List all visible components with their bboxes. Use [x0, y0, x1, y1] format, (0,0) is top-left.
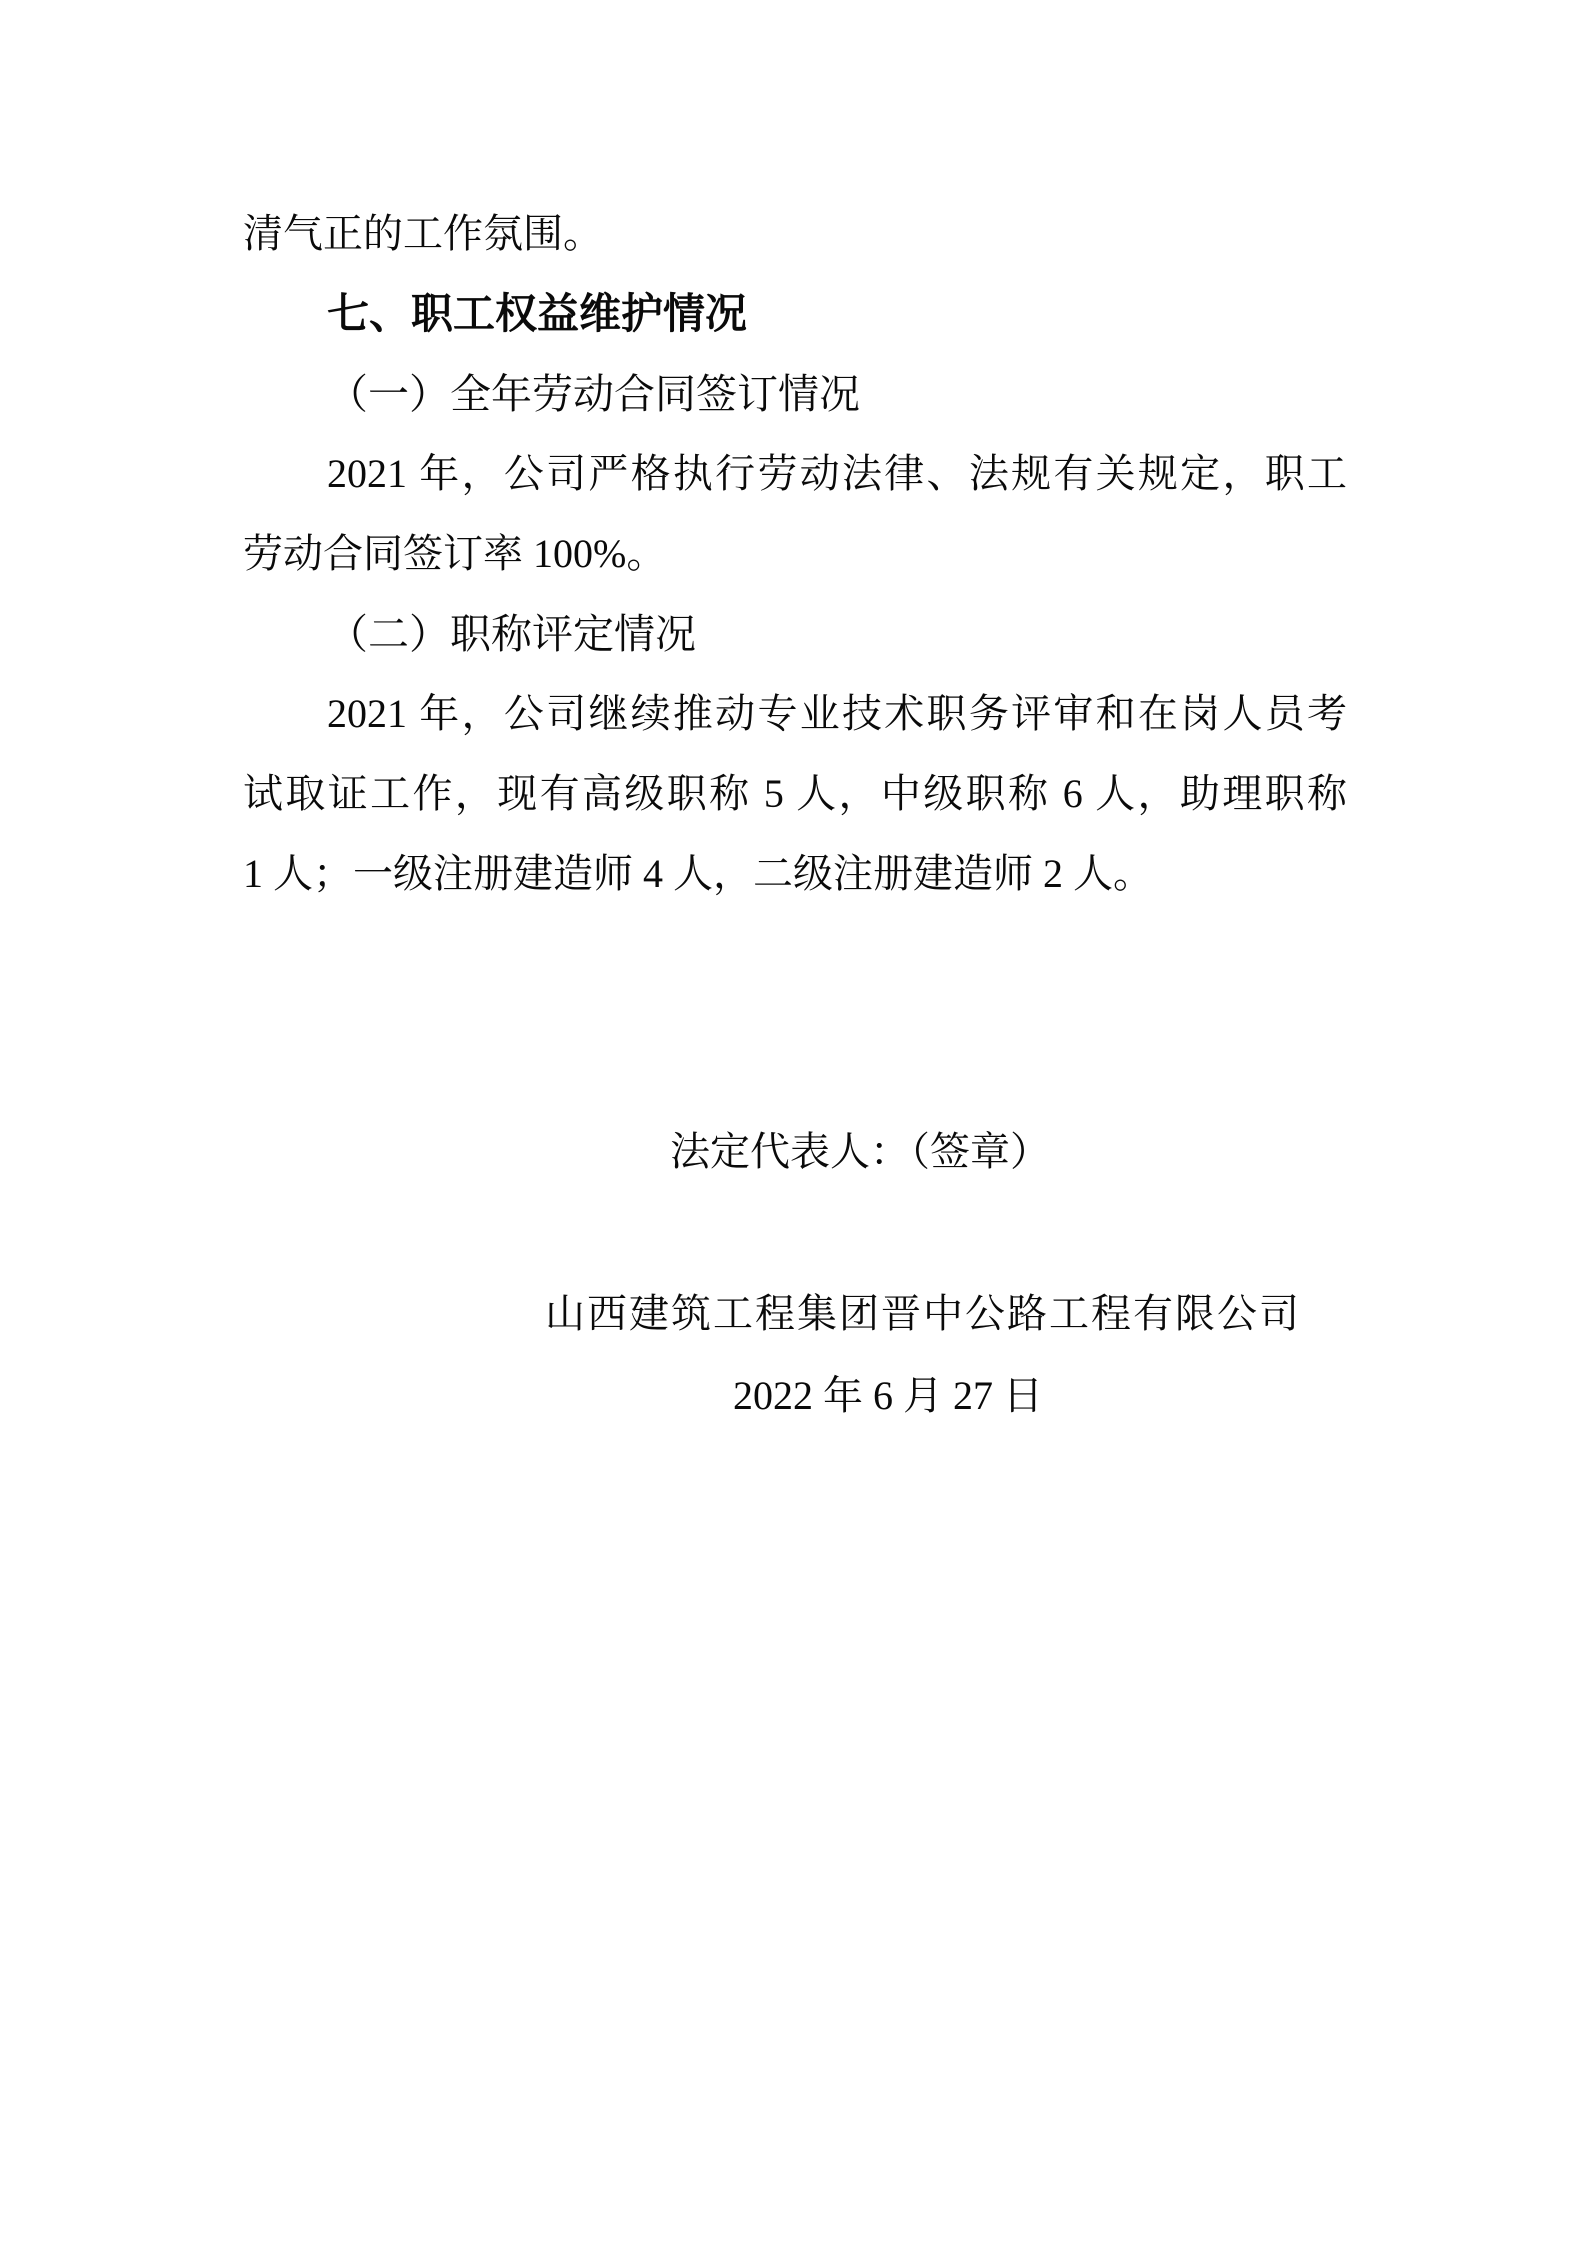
paragraph-line: 2021 年，公司严格执行劳动法律、法规有关规定，职工: [243, 434, 1347, 514]
document-page: 清气正的工作氛围。 七、职工权益维护情况 （一）全年劳动合同签订情况 2021 …: [0, 0, 1587, 2245]
paragraph-tail-line: 清气正的工作氛围。: [243, 194, 1347, 274]
section-heading: 七、职工权益维护情况: [243, 274, 1347, 354]
paragraph-line: 1 人；一级注册建造师 4 人，二级注册建造师 2 人。: [243, 834, 1347, 914]
legal-representative-line: 法定代表人：（签章）: [243, 1112, 1347, 1192]
company-name-line: 山西建筑工程集团晋中公路工程有限公司: [243, 1274, 1347, 1354]
subsection-heading-2: （二）职称评定情况: [243, 594, 1347, 674]
paragraph-line: 2021 年，公司继续推动专业技术职务评审和在岗人员考: [243, 674, 1347, 754]
page-content: 清气正的工作氛围。 七、职工权益维护情况 （一）全年劳动合同签订情况 2021 …: [243, 194, 1347, 1436]
signature-date-line: 2022 年 6 月 27 日: [243, 1356, 1347, 1436]
paragraph-line: 试取证工作，现有高级职称 5 人，中级职称 6 人，助理职称: [243, 754, 1347, 834]
paragraph-line: 劳动合同签订率 100%。: [243, 514, 1347, 594]
blank-space: [243, 914, 1347, 1112]
subsection-heading-1: （一）全年劳动合同签订情况: [243, 354, 1347, 434]
